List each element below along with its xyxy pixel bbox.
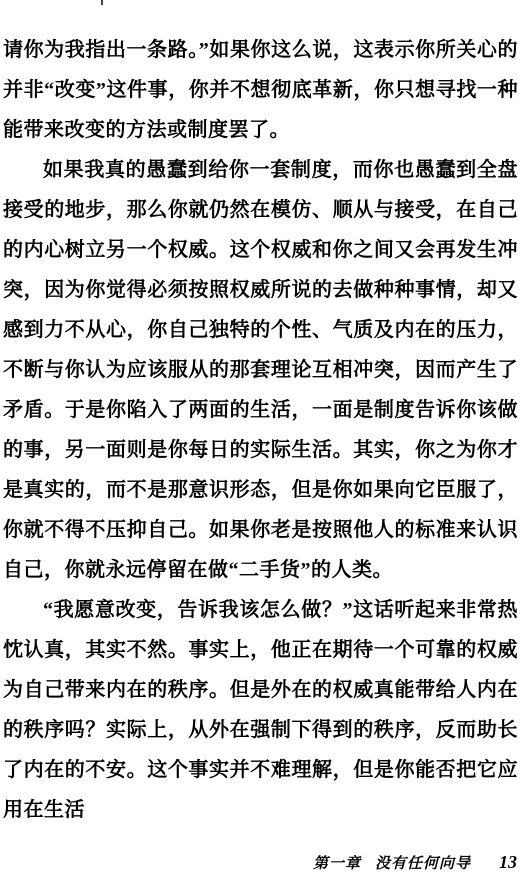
body-paragraph-1: 请你为我指出一条路。”如果你这么说，这表示你所关心的并非“改变”这件事，你并不想…: [3, 30, 518, 150]
footer-chapter-label: 第一章: [313, 856, 361, 872]
page-body-text: 请你为我指出一条路。”如果你这么说，这表示你所关心的并非“改变”这件事，你并不想…: [3, 30, 518, 830]
footer-chapter: 第一章没有任何向导: [313, 852, 471, 873]
scan-artifact: [101, 0, 103, 5]
page-footer: 第一章没有任何向导 13: [313, 852, 517, 873]
footer-chapter-title: 没有任何向导: [375, 856, 471, 872]
footer-page-number: 13: [499, 852, 517, 873]
book-page: 请你为我指出一条路。”如果你这么说，这表示你所关心的并非“改变”这件事，你并不想…: [0, 0, 522, 879]
body-paragraph-2: 如果我真的愚蠢到给你一套制度，而你也愚蠢到全盘接受的地步，那么你就仍然在模仿、顺…: [3, 150, 518, 590]
body-paragraph-3: “我愿意改变，告诉我该怎么做？”这话听起来非常热忱认真，其实不然。事实上，他正在…: [3, 590, 518, 830]
